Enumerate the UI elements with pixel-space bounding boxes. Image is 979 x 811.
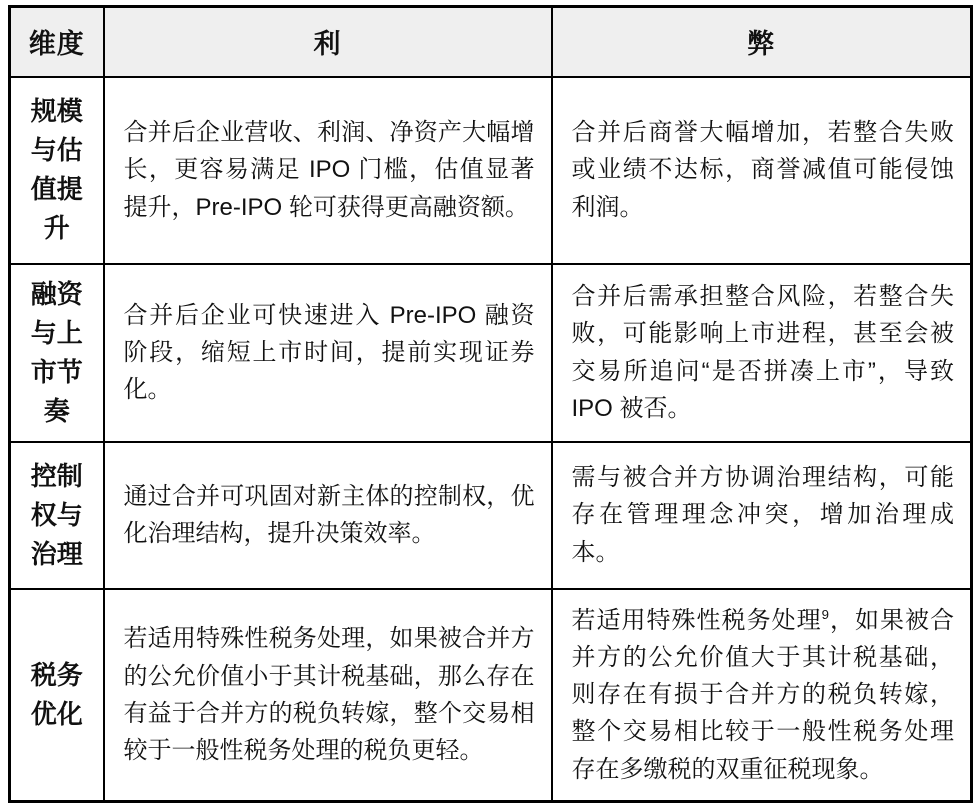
document-page: 维度 利 弊 规模与估值提升 合并后企业营收、利润、净资产大幅增长，更容易满足 … bbox=[0, 0, 979, 811]
pros-cell: 若适用特殊性税务处理，如果被合并方的公允价值小于其计税基础，那么存在有益于合并方… bbox=[104, 589, 552, 802]
cons-cell: 需与被合并方协调治理结构，可能存在管理理念冲突，增加治理成本。 bbox=[552, 442, 972, 589]
cons-cell: 合并后需承担整合风险，若整合失败，可能影响上市进程，甚至会被交易所追问“是否拼凑… bbox=[552, 264, 972, 442]
table-row-control-governance: 控制权与治理 通过合并可巩固对新主体的控制权，优化治理结构，提升决策效率。 需与… bbox=[10, 442, 972, 589]
table-row-scale-valuation: 规模与估值提升 合并后企业营收、利润、净资产大幅增长，更容易满足 IPO 门槛，… bbox=[10, 77, 972, 264]
cons-text-before-footnote: 若适用特殊性税务处理 bbox=[572, 607, 822, 634]
footnote-ref-9: 9 bbox=[822, 607, 829, 622]
pros-cons-table: 维度 利 弊 规模与估值提升 合并后企业营收、利润、净资产大幅增长，更容易满足 … bbox=[8, 5, 973, 803]
pros-cell: 合并后企业营收、利润、净资产大幅增长，更容易满足 IPO 门槛，估值显著提升，P… bbox=[104, 77, 552, 264]
header-cons: 弊 bbox=[552, 7, 972, 77]
dimension-cell: 控制权与治理 bbox=[10, 442, 104, 589]
header-pros: 利 bbox=[104, 7, 552, 77]
dimension-cell: 融资与上市节奏 bbox=[10, 264, 104, 442]
dimension-cell: 规模与估值提升 bbox=[10, 77, 104, 264]
table-header-row: 维度 利 弊 bbox=[10, 7, 972, 77]
table-row-financing-listing: 融资与上市节奏 合并后企业可快速进入 Pre-IPO 融资阶段，缩短上市时间，提… bbox=[10, 264, 972, 442]
cons-cell: 若适用特殊性税务处理9，如果被合并方的公允价值大于其计税基础，则存在有损于合并方… bbox=[552, 589, 972, 802]
pros-cell: 合并后企业可快速进入 Pre-IPO 融资阶段，缩短上市时间，提前实现证券化。 bbox=[104, 264, 552, 442]
header-dimension: 维度 bbox=[10, 7, 104, 77]
dimension-cell: 税务优化 bbox=[10, 589, 104, 802]
table-row-tax-optimization: 税务优化 若适用特殊性税务处理，如果被合并方的公允价值小于其计税基础，那么存在有… bbox=[10, 589, 972, 802]
pros-cell: 通过合并可巩固对新主体的控制权，优化治理结构，提升决策效率。 bbox=[104, 442, 552, 589]
cons-cell: 合并后商誉大幅增加，若整合失败或业绩不达标，商誉减值可能侵蚀利润。 bbox=[552, 77, 972, 264]
